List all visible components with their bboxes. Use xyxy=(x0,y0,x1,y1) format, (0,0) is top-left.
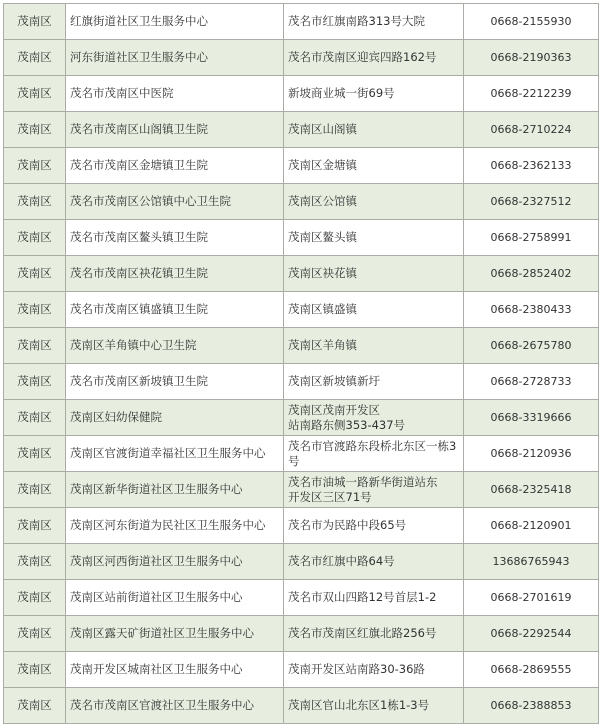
district-cell: 茂南区 xyxy=(4,580,66,616)
facility-name-cell: 茂名市茂南区新坡镇卫生院 xyxy=(66,364,284,400)
table-row: 茂南区 茂南区河西街道社区卫生服务中心 茂名市红旗中路64号 136867659… xyxy=(4,544,599,580)
address-cell: 茂名市双山四路12号首层1-2 xyxy=(284,580,464,616)
table-row: 茂南区 茂南开发区城南社区卫生服务中心 茂南开发区站南路30-36路 0668-… xyxy=(4,652,599,688)
district-cell: 茂南区 xyxy=(4,76,66,112)
facility-name-cell: 茂名市茂南区镇盛镇卫生院 xyxy=(66,292,284,328)
district-cell: 茂南区 xyxy=(4,544,66,580)
district-cell: 茂南区 xyxy=(4,688,66,721)
table-row: 茂南区 茂南区露天矿街道社区卫生服务中心 茂名市茂南区红旗北路256号 0668… xyxy=(4,616,599,652)
phone-cell: 0668-2675780 xyxy=(464,328,599,364)
address-cell: 茂南区山阁镇 xyxy=(284,112,464,148)
phone-cell: 0668-2327512 xyxy=(464,184,599,220)
address-line: 茂名市为民路中段65号 xyxy=(288,518,459,533)
table-row: 茂南区 茂南区新华街道社区卫生服务中心 茂名市油城一路新华街道站东开发区三区71… xyxy=(4,472,599,508)
address-line: 茂名市红旗南路313号大院 xyxy=(288,14,459,29)
address-line: 茂南区茂南开发区 xyxy=(288,403,459,418)
address-line: 茂南区官山北东区1栋1-3号 xyxy=(288,698,459,713)
district-cell: 茂南区 xyxy=(4,40,66,76)
address-line: 茂南区新坡镇新圩 xyxy=(288,374,459,389)
facility-name-cell: 茂南区露天矿街道社区卫生服务中心 xyxy=(66,616,284,652)
address-cell: 茂名市茂南区红旗北路256号 xyxy=(284,616,464,652)
phone-cell: 0668-2869555 xyxy=(464,652,599,688)
address-cell: 茂南区镇盛镇 xyxy=(284,292,464,328)
district-cell: 茂南区 xyxy=(4,4,66,40)
table-row: 茂南区 茂南区妇幼保健院 茂南区茂南开发区站南路东侧353-437号 0668-… xyxy=(4,400,599,436)
table-row: 茂南区 茂南区羊角镇中心卫生院 茂南区羊角镇 0668-2675780 xyxy=(4,328,599,364)
facility-name-cell: 茂名市茂南区袂花镇卫生院 xyxy=(66,256,284,292)
table-row: 茂南区 河东街道社区卫生服务中心 茂名市茂南区迎宾四路162号 0668-219… xyxy=(4,40,599,76)
phone-cell: 0668-2852402 xyxy=(464,256,599,292)
address-line: 开发区三区71号 xyxy=(288,490,459,505)
phone-cell: 0668-2362133 xyxy=(464,148,599,184)
address-cell: 茂南区金塘镇 xyxy=(284,148,464,184)
district-cell: 茂南区 xyxy=(4,652,66,688)
address-cell: 茂南区鳌头镇 xyxy=(284,220,464,256)
phone-cell: 0668-2120901 xyxy=(464,508,599,544)
address-line: 茂南区镇盛镇 xyxy=(288,302,459,317)
address-cell: 茂名市官渡路东段桥北东区一栋3号 xyxy=(284,436,464,472)
facility-name-cell: 红旗街道社区卫生服务中心 xyxy=(66,4,284,40)
address-line: 茂南区金塘镇 xyxy=(288,158,459,173)
address-cell: 茂名市油城一路新华街道站东开发区三区71号 xyxy=(284,472,464,508)
phone-cell: 0668-2710224 xyxy=(464,112,599,148)
facility-name-cell: 河东街道社区卫生服务中心 xyxy=(66,40,284,76)
address-line: 茂南区公馆镇 xyxy=(288,194,459,209)
facility-name-cell: 茂名市茂南区鳌头镇卫生院 xyxy=(66,220,284,256)
address-cell: 茂南区茂南开发区站南路东侧353-437号 xyxy=(284,400,464,436)
table-row: 茂南区 茂名市茂南区袂花镇卫生院 茂南区袂花镇 0668-2852402 xyxy=(4,256,599,292)
district-cell: 茂南区 xyxy=(4,184,66,220)
phone-cell: 0668-2190363 xyxy=(464,40,599,76)
phone-cell: 0668-2325418 xyxy=(464,472,599,508)
phone-cell: 0668-2388853 xyxy=(464,688,599,721)
address-cell: 茂南区羊角镇 xyxy=(284,328,464,364)
table-row: 茂南区 茂名市茂南区金塘镇卫生院 茂南区金塘镇 0668-2362133 xyxy=(4,148,599,184)
facility-name-cell: 茂名市茂南区山阁镇卫生院 xyxy=(66,112,284,148)
table-body: 茂南区 红旗街道社区卫生服务中心 茂名市红旗南路313号大院 0668-2155… xyxy=(4,4,599,721)
facility-name-cell: 茂南区新华街道社区卫生服务中心 xyxy=(66,472,284,508)
district-cell: 茂南区 xyxy=(4,328,66,364)
address-line: 茂南区袂花镇 xyxy=(288,266,459,281)
address-cell: 茂南区新坡镇新圩 xyxy=(284,364,464,400)
address-line: 茂名市茂南区红旗北路256号 xyxy=(288,626,459,641)
facility-name-cell: 茂名市茂南区公馆镇中心卫生院 xyxy=(66,184,284,220)
health-facilities-table-container: 茂南区 红旗街道社区卫生服务中心 茂名市红旗南路313号大院 0668-2155… xyxy=(3,3,599,720)
table-row: 茂南区 茂南区河东街道为民社区卫生服务中心 茂名市为民路中段65号 0668-2… xyxy=(4,508,599,544)
facility-name-cell: 茂南区妇幼保健院 xyxy=(66,400,284,436)
address-cell: 茂南区袂花镇 xyxy=(284,256,464,292)
facility-name-cell: 茂南区河东街道为民社区卫生服务中心 xyxy=(66,508,284,544)
table-row: 茂南区 茂名市茂南区新坡镇卫生院 茂南区新坡镇新圩 0668-2728733 xyxy=(4,364,599,400)
address-line: 茂南区鳌头镇 xyxy=(288,230,459,245)
phone-cell: 0668-2380433 xyxy=(464,292,599,328)
facility-name-cell: 茂南区羊角镇中心卫生院 xyxy=(66,328,284,364)
table-row: 茂南区 茂南区官渡街道幸福社区卫生服务中心 茂名市官渡路东段桥北东区一栋3号 0… xyxy=(4,436,599,472)
address-line: 新坡商业城一街69号 xyxy=(288,86,459,101)
district-cell: 茂南区 xyxy=(4,400,66,436)
phone-cell: 0668-2292544 xyxy=(464,616,599,652)
table-row: 茂南区 茂南区站前街道社区卫生服务中心 茂名市双山四路12号首层1-2 0668… xyxy=(4,580,599,616)
address-line: 茂南区羊角镇 xyxy=(288,338,459,353)
phone-cell: 0668-2155930 xyxy=(464,4,599,40)
phone-cell: 0668-2212239 xyxy=(464,76,599,112)
facility-name-cell: 茂南区官渡街道幸福社区卫生服务中心 xyxy=(66,436,284,472)
table-row: 茂南区 茂名市茂南区公馆镇中心卫生院 茂南区公馆镇 0668-2327512 xyxy=(4,184,599,220)
address-cell: 茂名市红旗中路64号 xyxy=(284,544,464,580)
facility-name-cell: 茂南区河西街道社区卫生服务中心 xyxy=(66,544,284,580)
address-cell: 茂南区公馆镇 xyxy=(284,184,464,220)
phone-cell: 0668-2120936 xyxy=(464,436,599,472)
facility-name-cell: 茂名市茂南区中医院 xyxy=(66,76,284,112)
address-line: 茂名市红旗中路64号 xyxy=(288,554,459,569)
address-line: 茂名市茂南区迎宾四路162号 xyxy=(288,50,459,65)
address-line: 茂名市油城一路新华街道站东 xyxy=(288,475,459,490)
table-row: 茂南区 茂名市茂南区中医院 新坡商业城一街69号 0668-2212239 xyxy=(4,76,599,112)
table-row: 茂南区 红旗街道社区卫生服务中心 茂名市红旗南路313号大院 0668-2155… xyxy=(4,4,599,40)
address-cell: 茂南区官山北东区1栋1-3号 xyxy=(284,688,464,721)
table-row: 茂南区 茂名市茂南区官渡社区卫生服务中心 茂南区官山北东区1栋1-3号 0668… xyxy=(4,688,599,721)
address-line: 茂南开发区站南路30-36路 xyxy=(288,662,459,677)
district-cell: 茂南区 xyxy=(4,364,66,400)
district-cell: 茂南区 xyxy=(4,292,66,328)
address-cell: 茂南开发区站南路30-36路 xyxy=(284,652,464,688)
table-row: 茂南区 茂名市茂南区镇盛镇卫生院 茂南区镇盛镇 0668-2380433 xyxy=(4,292,599,328)
district-cell: 茂南区 xyxy=(4,148,66,184)
facility-name-cell: 茂南开发区城南社区卫生服务中心 xyxy=(66,652,284,688)
facility-name-cell: 茂南区站前街道社区卫生服务中心 xyxy=(66,580,284,616)
district-cell: 茂南区 xyxy=(4,616,66,652)
address-line: 站南路东侧353-437号 xyxy=(288,418,459,433)
address-cell: 新坡商业城一街69号 xyxy=(284,76,464,112)
phone-cell: 0668-2701619 xyxy=(464,580,599,616)
table-row: 茂南区 茂名市茂南区山阁镇卫生院 茂南区山阁镇 0668-2710224 xyxy=(4,112,599,148)
address-line: 茂名市双山四路12号首层1-2 xyxy=(288,590,459,605)
district-cell: 茂南区 xyxy=(4,220,66,256)
district-cell: 茂南区 xyxy=(4,256,66,292)
address-cell: 茂名市茂南区迎宾四路162号 xyxy=(284,40,464,76)
facility-name-cell: 茂名市茂南区金塘镇卫生院 xyxy=(66,148,284,184)
health-facilities-table: 茂南区 红旗街道社区卫生服务中心 茂名市红旗南路313号大院 0668-2155… xyxy=(3,3,599,720)
facility-name-cell: 茂名市茂南区官渡社区卫生服务中心 xyxy=(66,688,284,721)
address-line: 茂南区山阁镇 xyxy=(288,122,459,137)
phone-cell: 13686765943 xyxy=(464,544,599,580)
address-cell: 茂名市为民路中段65号 xyxy=(284,508,464,544)
phone-cell: 0668-2758991 xyxy=(464,220,599,256)
address-line: 茂名市官渡路东段桥北东区一栋3号 xyxy=(288,439,459,469)
district-cell: 茂南区 xyxy=(4,472,66,508)
district-cell: 茂南区 xyxy=(4,508,66,544)
district-cell: 茂南区 xyxy=(4,436,66,472)
address-cell: 茂名市红旗南路313号大院 xyxy=(284,4,464,40)
phone-cell: 0668-3319666 xyxy=(464,400,599,436)
phone-cell: 0668-2728733 xyxy=(464,364,599,400)
table-row: 茂南区 茂名市茂南区鳌头镇卫生院 茂南区鳌头镇 0668-2758991 xyxy=(4,220,599,256)
district-cell: 茂南区 xyxy=(4,112,66,148)
